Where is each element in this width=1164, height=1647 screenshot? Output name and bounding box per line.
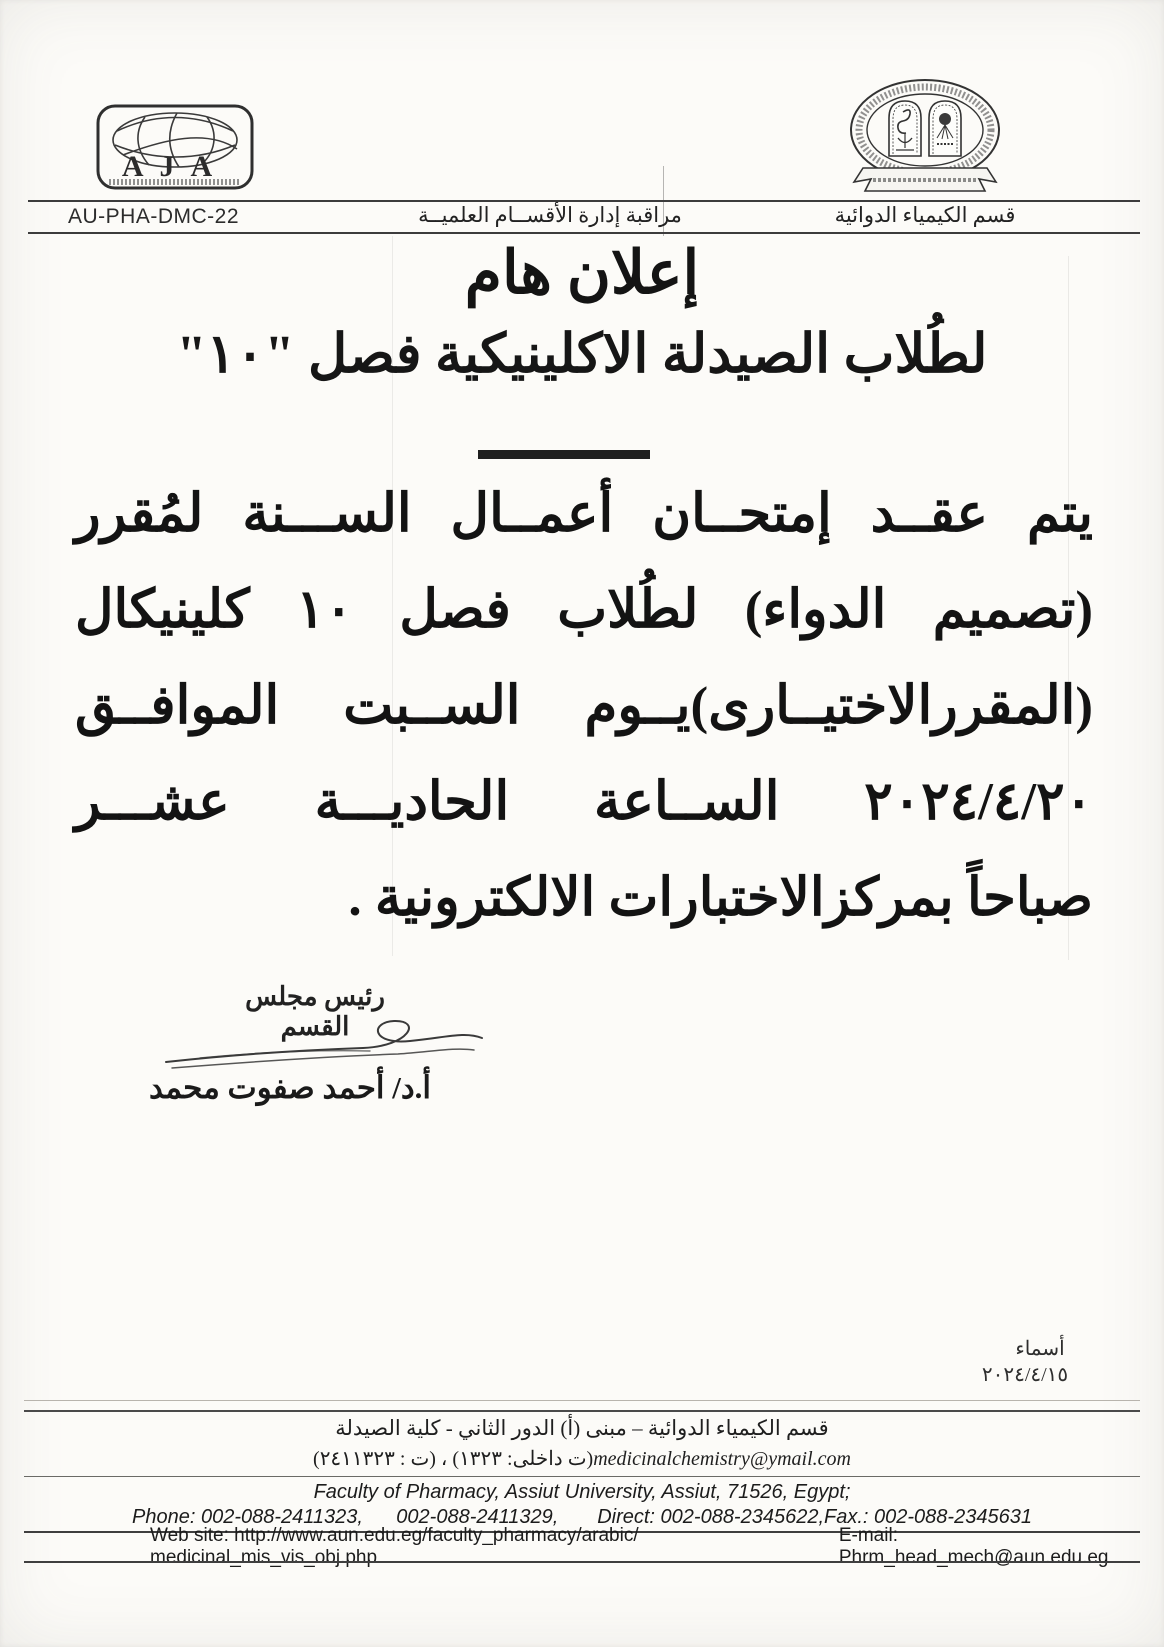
announcement-title: إعلان هام [0, 238, 1164, 308]
footer-rule [24, 1561, 1140, 1563]
scanned-announcement-page: AJA [0, 0, 1164, 1647]
body-line: صباحاً بمركزالاختبارات الالكترونية . [75, 850, 1093, 946]
body-line: (المقررالاختيــارى)يــوم الســبت الموافـ… [75, 658, 1093, 754]
header-rule-top [28, 200, 1140, 202]
footer-rule [24, 1476, 1140, 1477]
aja-logo-text: AJA [122, 150, 228, 183]
announcement-body: يتم عقــد إمتحــان أعمــال الســـنة لمُق… [75, 466, 1093, 946]
footer-rule [24, 1400, 1140, 1401]
ribbon-banner-icon [854, 168, 996, 191]
header-rule-bottom [28, 232, 1140, 234]
university-seal [843, 76, 1005, 198]
body-line: (تصميم الدواء) لطُلاب فصل ١٠ كلينيكال [75, 562, 1093, 658]
footer-faculty-line: Faculty of Pharmacy, Assiut University, … [0, 1481, 1164, 1504]
title-divider-bar [478, 450, 650, 459]
footer-department-email: medicinalchemistry@ymail.com [593, 1448, 851, 1470]
aja-logo: AJA [95, 103, 255, 191]
body-line: يتم عقــد إمتحــان أعمــال الســـنة لمُق… [75, 466, 1093, 562]
signature-name: أ.د/ أحمد صفوت محمد [140, 1070, 440, 1106]
header-department-label: قسم الكيمياء الدوائية [800, 203, 1050, 228]
handwritten-name-note: أسماء [980, 1336, 1100, 1361]
handwritten-date-note: ٢٠٢٤/٤/١٥ [950, 1362, 1100, 1387]
snake-chalice-tablet-icon [889, 101, 921, 156]
sunburst-tablet-icon [929, 101, 961, 156]
header-center-label: مراقبة إدارة الأقســام العلميــة [390, 203, 710, 228]
announcement-subtitle: لطُلاب الصيدلة الاكلينيكية فصل "١٠" [0, 322, 1164, 385]
footer-phone-extensions: (ت داخلى: ١٣٢٣) ، (ت : ٢٤١١٣٢٣) [313, 1448, 593, 1470]
footer-department-line: قسم الكيمياء الدوائية – مبنى (أ) الدور ا… [0, 1416, 1164, 1441]
footer-rule [24, 1410, 1140, 1412]
footer-web-row: Web site: http://www.aun.edu.eg/faculty_… [0, 1535, 1160, 1559]
document-code: AU-PHA-DMC-22 [68, 205, 239, 229]
footer-contact-line: medicinalchemistry@ymail.com(ت داخلى: ١٣… [0, 1446, 1164, 1471]
body-line: ٢٠٢٤/٤/٢٠ الســاعة الحاديـــة عشـــر [75, 754, 1093, 850]
